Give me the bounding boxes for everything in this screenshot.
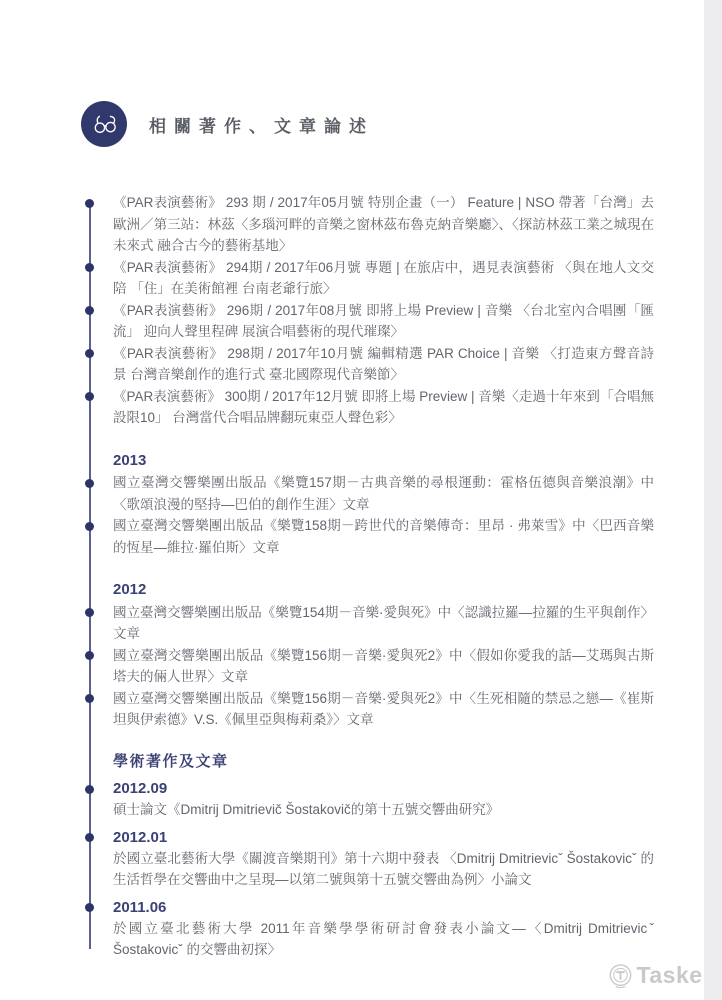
year-heading-2012: 2012 xyxy=(113,579,654,601)
timeline-bullet-icon xyxy=(85,694,94,703)
timeline-bullet-icon xyxy=(85,306,94,315)
tasker-logo-icon xyxy=(607,962,634,989)
entry-text: 於國立臺北藝術大學《關渡音樂期刊》第十六期中發表 〈Dmitrij Dmitri… xyxy=(113,848,654,891)
academic-entry: 2011.06 於國立臺北藝術大學 2011年音樂學學術研討會發表小論文—〈Dm… xyxy=(113,897,654,961)
watermark: Tasker xyxy=(607,962,712,989)
year-heading-2013: 2013 xyxy=(113,450,654,472)
timeline-bullet-icon xyxy=(85,785,94,794)
academic-entry: 2012.09 碩士論文《Dmitrij Dmitrievič Šostakov… xyxy=(113,778,654,821)
publication-item: 國立臺灣交響樂團出版品《樂覽156期－音樂·愛與死2》中〈假如你愛我的話—艾瑪與… xyxy=(113,645,654,688)
glasses-icon xyxy=(81,101,127,147)
entry-date: 2011.06 xyxy=(113,897,654,918)
entry-date: 2012.01 xyxy=(113,827,654,848)
publication-item: 國立臺灣交響樂團出版品《樂覽158期－跨世代的音樂傳奇：里昂 · 弗萊雪》中〈巴… xyxy=(113,515,654,558)
timeline-bullet-icon xyxy=(85,349,94,358)
publication-item: 國立臺灣交響樂團出版品《樂覽157期－古典音樂的尋根運動：霍格伍德與音樂浪潮》中… xyxy=(113,472,654,515)
publication-item: 國立臺灣交響樂團出版品《樂覽154期－音樂·愛與死》中〈認識拉羅—拉羅的生平與創… xyxy=(113,602,654,645)
publication-text: 《PAR表演藝術》 300期 / 2017年12月號 即將上場 Preview … xyxy=(113,386,654,429)
timeline-bullet-icon xyxy=(85,608,94,617)
publication-item: 《PAR表演藝術》 296期 / 2017年08月號 即將上場 Preview … xyxy=(113,300,654,343)
timeline-bullet-icon xyxy=(85,479,94,488)
timeline-bullet-icon xyxy=(85,651,94,660)
section-header: 相關著作、文章論述 xyxy=(81,101,374,147)
timeline: 《PAR表演藝術》 293 期 / 2017年05月號 特別企畫（一） Feat… xyxy=(113,192,654,961)
publication-item: 國立臺灣交響樂團出版品《樂覽156期－音樂·愛與死2》中〈生死相隨的禁忌之戀—《… xyxy=(113,688,654,731)
publication-item: 《PAR表演藝術》 298期 / 2017年10月號 編輯精選 PAR Choi… xyxy=(113,343,654,386)
timeline-bullet-icon xyxy=(85,263,94,272)
publication-text: 《PAR表演藝術》 298期 / 2017年10月號 編輯精選 PAR Choi… xyxy=(113,343,654,386)
timeline-bullet-icon xyxy=(85,833,94,842)
page-title: 相關著作、文章論述 xyxy=(149,112,374,137)
publication-text: 《PAR表演藝術》 293 期 / 2017年05月號 特別企畫（一） Feat… xyxy=(113,192,654,257)
publication-text: 國立臺灣交響樂團出版品《樂覽158期－跨世代的音樂傳奇：里昂 · 弗萊雪》中〈巴… xyxy=(113,515,654,558)
publication-item: 《PAR表演藝術》 300期 / 2017年12月號 即將上場 Preview … xyxy=(113,386,654,429)
academic-entry: 2012.01 於國立臺北藝術大學《關渡音樂期刊》第十六期中發表 〈Dmitri… xyxy=(113,827,654,891)
entry-text: 於國立臺北藝術大學 2011年音樂學學術研討會發表小論文—〈Dmitrij Dm… xyxy=(113,918,654,961)
entry-text: 碩士論文《Dmitrij Dmitrievič Šostakovič的第十五號交… xyxy=(113,799,654,821)
publication-text: 國立臺灣交響樂團出版品《樂覽154期－音樂·愛與死》中〈認識拉羅—拉羅的生平與創… xyxy=(113,602,654,645)
entry-date: 2012.09 xyxy=(113,778,654,799)
page-edge-strip xyxy=(704,0,722,1000)
timeline-bullet-icon xyxy=(85,522,94,531)
academic-section-heading: 學術著作及文章 xyxy=(113,751,654,773)
timeline-bullet-icon xyxy=(85,903,94,912)
timeline-bullet-icon xyxy=(85,199,94,208)
publication-item: 《PAR表演藝術》 294期 / 2017年06月號 專題 | 在旅店中，遇見表… xyxy=(113,257,654,300)
timeline-bullet-icon xyxy=(85,392,94,401)
publication-text: 國立臺灣交響樂團出版品《樂覽156期－音樂·愛與死2》中〈假如你愛我的話—艾瑪與… xyxy=(113,645,654,688)
publication-text: 國立臺灣交響樂團出版品《樂覽156期－音樂·愛與死2》中〈生死相隨的禁忌之戀—《… xyxy=(113,688,654,731)
document-page: 相關著作、文章論述 《PAR表演藝術》 293 期 / 2017年05月號 特別… xyxy=(0,0,722,1000)
publication-text: 《PAR表演藝術》 296期 / 2017年08月號 即將上場 Preview … xyxy=(113,300,654,343)
publication-text: 《PAR表演藝術》 294期 / 2017年06月號 專題 | 在旅店中，遇見表… xyxy=(113,257,654,300)
publication-text: 國立臺灣交響樂團出版品《樂覽157期－古典音樂的尋根運動：霍格伍德與音樂浪潮》中… xyxy=(113,472,654,515)
publication-item: 《PAR表演藝術》 293 期 / 2017年05月號 特別企畫（一） Feat… xyxy=(113,192,654,257)
watermark-label: Tasker xyxy=(637,962,712,989)
